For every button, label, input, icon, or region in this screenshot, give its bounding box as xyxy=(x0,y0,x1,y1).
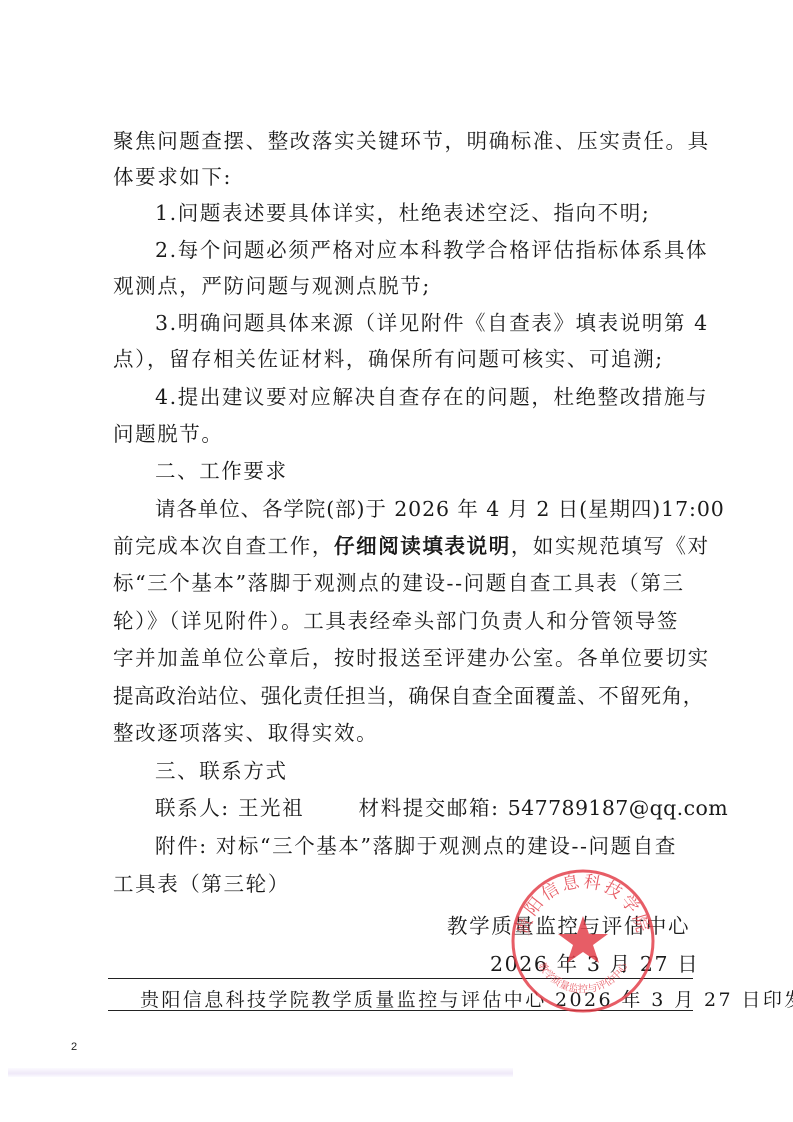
section-heading-work-requirements: 二、工作要求 xyxy=(155,459,685,483)
signature-date: 2026 年 3 月 27 日 xyxy=(490,947,699,977)
requirement-item-3-cont: 点），留存相关佐证材料，确保所有问题可核实、可追溯; xyxy=(113,347,685,371)
section2-line: 字并加盖单位公章后，按时报送至评建办公室。各单位要切实 xyxy=(113,646,685,670)
scan-artifact-band xyxy=(8,1068,513,1077)
contact-name: 王光祖 xyxy=(238,796,304,820)
footer-top-rule xyxy=(108,978,693,979)
paragraph-line: 聚焦问题查摆、整改落实关键环节，明确标准、压实责任。具 xyxy=(113,129,685,153)
attachment-line: 附件: 对标“三个基本”落脚于观测点的建设--问题自查 xyxy=(155,834,685,858)
document-page: 聚焦问题查摆、整改落实关键环节，明确标准、压实责任。具 体要求如下: 1.问题表… xyxy=(0,0,793,1122)
signature-org: 教学质量监控与评估中心 xyxy=(447,909,690,939)
section-heading-contact: 三、联系方式 xyxy=(155,759,685,783)
requirement-item-2-cont: 观测点，严防问题与观测点脱节; xyxy=(113,274,685,298)
section2-line: 请各单位、各学院(部)于 2026 年 4 月 2 日(星期四)17:00 xyxy=(155,497,685,521)
requirement-item-4: 4.提出建议要对应解决自查存在的问题，杜绝整改措施与 xyxy=(155,385,685,409)
emphasis-read-instructions: 仔细阅读填表说明 xyxy=(334,534,511,558)
email-label: 材料提交邮箱: xyxy=(359,796,500,820)
section2-line: 提高政治站位、强化责任担当，确保自查全面覆盖、不留死角， xyxy=(113,684,685,708)
requirement-item-1: 1.问题表述要具体详实，杜绝表述空泛、指向不明; xyxy=(155,201,685,225)
requirement-item-2: 2.每个问题必须严格对应本科教学合格评估指标体系具体 xyxy=(155,238,685,262)
section2-line: 整改逐项落实、取得实效。 xyxy=(113,721,685,745)
contact-label: 联系人: xyxy=(155,796,230,820)
page-number: 2 xyxy=(71,1041,77,1053)
attachment-line-cont: 工具表（第三轮） xyxy=(113,872,685,896)
section2-line: 标“三个基本”落脚于观测点的建设--问题自查工具表（第三 xyxy=(113,571,685,595)
requirement-item-3: 3.明确问题具体来源（详见附件《自查表》填表说明第 4 xyxy=(155,311,685,335)
requirement-item-4-cont: 问题脱节。 xyxy=(113,422,685,446)
paragraph-line: 体要求如下: xyxy=(113,165,685,189)
email-address: 547789187@qq.com xyxy=(508,796,728,820)
issue-line: 贵阳信息科技学院教学质量监控与评估中心 2026 年 3 月 27 日印发 xyxy=(140,985,793,1012)
section2-text: ，如实规范填写《对 xyxy=(511,534,710,558)
section2-line: 前完成本次自查工作，仔细阅读填表说明，如实规范填写《对 xyxy=(113,534,685,558)
section2-text: 前完成本次自查工作， xyxy=(113,534,334,558)
section2-line: 轮）》（详见附件）。工具表经牵头部门负责人和分管领导签 xyxy=(113,609,685,633)
contact-line: 联系人: 王光祖 材料提交邮箱: 547789187@qq.com xyxy=(155,796,685,820)
